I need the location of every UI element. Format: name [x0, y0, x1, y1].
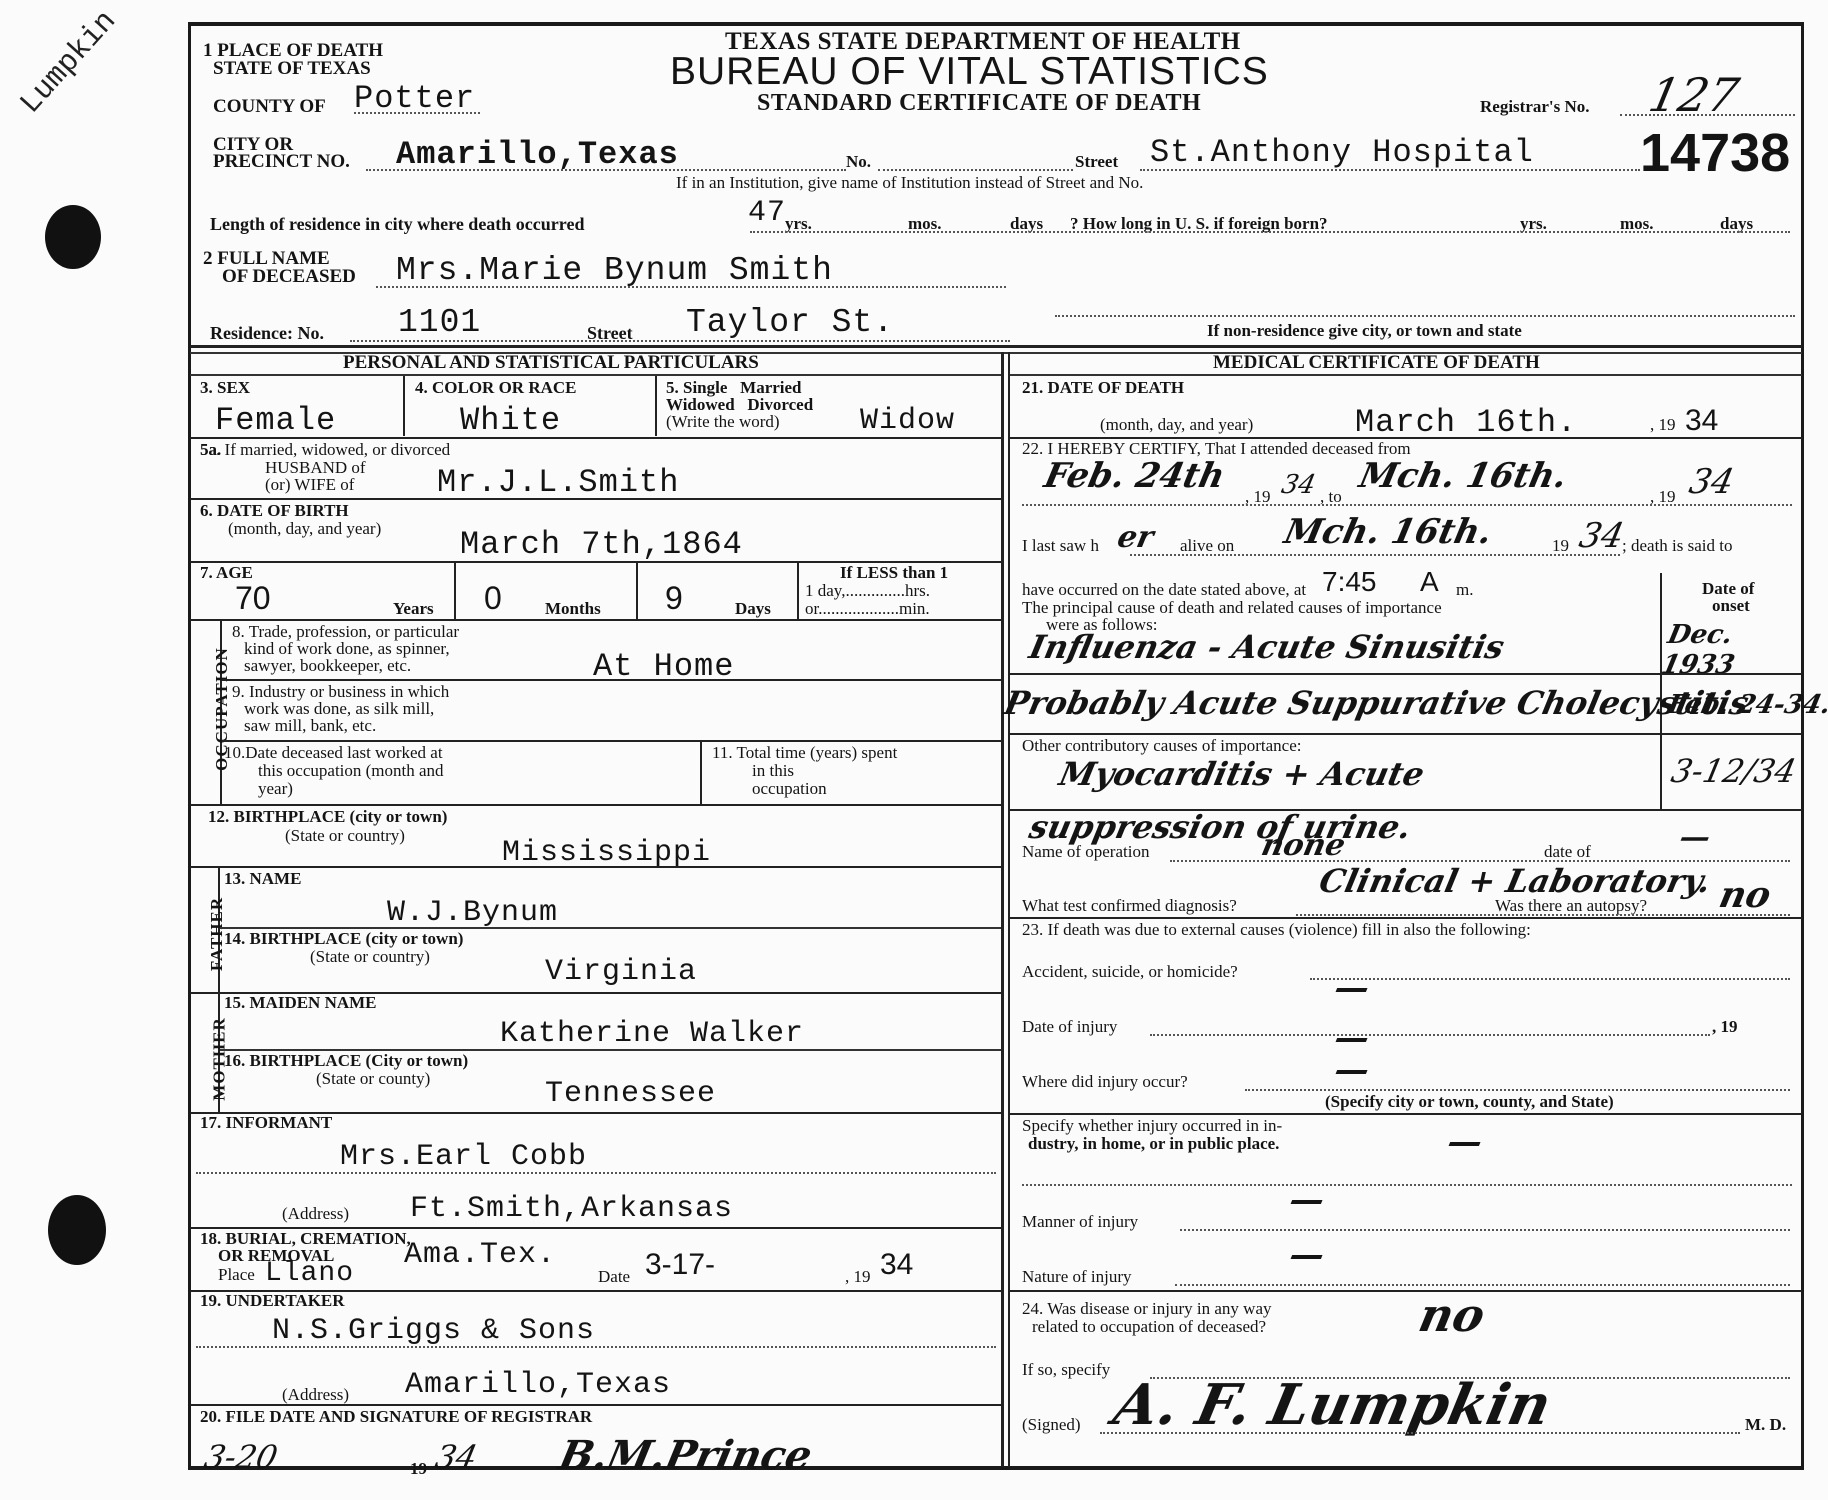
- certificate-number: 14738: [1640, 122, 1790, 184]
- undertaker-value: N.S.Griggs & Sons: [272, 1314, 595, 1348]
- less-day-label-2: 1 day,..............hrs.: [805, 582, 930, 600]
- cause-1-onset: Dec. 1933: [1659, 620, 1792, 680]
- years-label: Years: [393, 600, 434, 618]
- medical-section-title: MEDICAL CERTIFICATE OF DEATH: [1213, 354, 1540, 372]
- last-saw-date-value: Mch. 16th.: [1281, 512, 1496, 552]
- test-value: Clinical + Laboratory.: [1316, 862, 1714, 900]
- contributory-label: Other contributory causes of importance:: [1022, 737, 1301, 755]
- form-title: STANDARD CERTIFICATE OF DEATH: [757, 90, 1201, 117]
- age-divider-1: [454, 563, 456, 619]
- injury-date-dotted-line: [1150, 1034, 1710, 1036]
- injury-year-label: , 19: [1712, 1018, 1738, 1036]
- last-worked-label-3: year): [258, 780, 293, 798]
- manner-label: Manner of injury: [1022, 1213, 1138, 1231]
- last-worked-divider: [700, 742, 702, 804]
- state-label: STATE OF TEXAS: [213, 60, 371, 78]
- cause-2-value: Probably Acute Suppurative Cholecystitis: [1001, 684, 1752, 722]
- burial-year-prefix: , 19: [845, 1268, 871, 1286]
- file-date-value: 3-20: [201, 1438, 281, 1476]
- external-causes-label: 23. If death was due to external causes …: [1022, 921, 1531, 939]
- mother-bp-label-2: (State or county): [316, 1070, 430, 1088]
- residence-no-label: Residence: No.: [210, 324, 324, 342]
- file-year-prefix: 19: [410, 1460, 427, 1478]
- row-rule-23a: [1010, 1113, 1802, 1115]
- registrar-dotted-line: [1620, 114, 1795, 116]
- mother-name-value: Katherine Walker: [500, 1017, 804, 1051]
- occupation-related-label-2: related to occupation of deceased?: [1032, 1318, 1266, 1336]
- age-divider-3: [797, 563, 799, 619]
- dod-label: 21. DATE OF DEATH: [1022, 379, 1184, 397]
- father-name-label: 13. NAME: [224, 870, 301, 888]
- undertaker-dotted-line: [196, 1346, 996, 1348]
- alive-on-label: alive on: [1180, 537, 1234, 555]
- informant-value: Mrs.Earl Cobb: [340, 1140, 587, 1174]
- physician-signature: A. F. Lumpkin: [1108, 1372, 1557, 1438]
- injury-place-label-1: Specify whether injury occurred in in-: [1022, 1117, 1282, 1135]
- autopsy-label: Was there an autopsy?: [1495, 897, 1647, 915]
- birthplace-label-2: (State or country): [285, 827, 405, 845]
- burial-label-3: Place: [218, 1266, 255, 1284]
- file-year-value: 34: [432, 1438, 481, 1476]
- test-label: What test confirmed diagnosis?: [1022, 897, 1237, 915]
- specify-label: If so, specify: [1022, 1361, 1110, 1379]
- marital-value: Widow: [860, 404, 955, 438]
- test-dotted-line: [1296, 914, 1790, 916]
- months-label: Months: [545, 600, 601, 618]
- file-date-label: 20. FILE DATE AND SIGNATURE OF REGISTRAR: [200, 1408, 592, 1426]
- manner-dotted-line: [1180, 1229, 1790, 1231]
- time-value: 7:45: [1322, 566, 1377, 598]
- last-worked-label-1: 10.Date deceased last worked at: [224, 744, 443, 762]
- age-days-value: 9: [665, 580, 683, 617]
- burial-place-value-1: Ama.Tex.: [404, 1238, 556, 1272]
- last-saw-year-value: 34: [1576, 516, 1628, 556]
- injury-where-note: (Specify city or town, county, and State…: [1325, 1093, 1614, 1111]
- total-time-label-1: 11. Total time (years) spent: [712, 744, 897, 762]
- full-name-label-2: OF DECEASED: [222, 268, 356, 286]
- mother-birthplace-value: Tennessee: [545, 1077, 716, 1111]
- accident-label: Accident, suicide, or homicide?: [1022, 963, 1238, 981]
- birthplace-label-1: 12. BIRTHPLACE (city or town): [208, 808, 447, 826]
- spouse-label-3: (or) WIFE of: [265, 476, 354, 494]
- row-rule-12: [190, 866, 1001, 868]
- dod-value: March 16th.: [1355, 404, 1577, 441]
- cause-2-onset: Feb. 24-34.: [1665, 690, 1828, 720]
- injury-where-dotted-line: [1245, 1089, 1790, 1091]
- father-birthplace-value: Virginia: [545, 955, 697, 989]
- signed-dotted-line: [1100, 1432, 1740, 1434]
- dod-sub-label: (month, day, and year): [1100, 416, 1253, 434]
- father-bp-label-1: 14. BIRTHPLACE (city or town): [224, 930, 463, 948]
- last-worked-label-2: this occupation (month and: [258, 762, 444, 780]
- to-year-value: 34: [1686, 462, 1738, 502]
- no-dotted-line: [878, 169, 1073, 171]
- dod-year-value: 34: [1685, 404, 1718, 438]
- row-rule-19: [190, 1404, 1001, 1406]
- dob-value: March 7th,1864: [460, 526, 743, 563]
- no-label: No.: [846, 153, 871, 171]
- burial-date-value: 3-17-: [645, 1248, 715, 1282]
- last-saw-pronoun: er: [1114, 520, 1156, 555]
- street-dotted-line: [1140, 169, 1640, 171]
- last-saw-year-prefix: 19: [1552, 537, 1569, 555]
- row-rule-9: [222, 740, 1001, 742]
- row-rule-3: [190, 437, 1001, 439]
- age-divider-2: [636, 563, 638, 619]
- institution-value: St.Anthony Hospital: [1150, 134, 1534, 171]
- sex-value: Female: [215, 402, 336, 439]
- residence-line: [350, 340, 1010, 342]
- informant-address-value: Ft.Smith,Arkansas: [410, 1192, 733, 1226]
- street-label-top: Street: [1075, 153, 1118, 171]
- left-header-rule: [190, 374, 1001, 376]
- column-divider: [1001, 352, 1004, 1467]
- injury-where-label: Where did injury occur?: [1022, 1073, 1188, 1091]
- informant-address-label: (Address): [282, 1205, 349, 1223]
- trade-label-3: sawyer, bookkeeper, etc.: [244, 657, 411, 675]
- non-residence-line: [1055, 315, 1795, 317]
- death-said-label: ; death is said to: [1622, 537, 1732, 555]
- race-label: 4. COLOR OR RACE: [415, 379, 577, 397]
- residence-no-value: 1101: [398, 304, 481, 341]
- undertaker-address-label: (Address): [282, 1386, 349, 1404]
- undertaker-address-value: Amarillo,Texas: [405, 1368, 671, 1402]
- bureau-title: BUREAU OF VITAL STATISTICS: [670, 50, 1269, 94]
- contributory-2-value: suppression of urine.: [1026, 808, 1415, 846]
- residence-dotted-line: [750, 231, 1790, 233]
- non-residence-note: If non-residence give city, or town and …: [1207, 322, 1522, 340]
- attended-to-value: Mch. 16th.: [1356, 456, 1571, 496]
- less-day-label-3: or...................min.: [805, 600, 930, 618]
- occupation-related-label-1: 24. Was disease or injury in any way: [1022, 1300, 1272, 1318]
- mother-bp-label-1: 16. BIRTHPLACE (City or town): [224, 1052, 468, 1070]
- onset-label-2: onset: [1712, 597, 1750, 615]
- burial-place-value-2: Llano: [265, 1258, 354, 1289]
- attended-from-value: Feb. 24th: [1041, 456, 1229, 496]
- row-rule-11: [190, 804, 1001, 806]
- informant-label: 17. INFORMANT: [200, 1114, 332, 1132]
- attended-dotted-line: [1022, 504, 1792, 506]
- race-marital-divider: [655, 376, 657, 436]
- father-name-value: W.J.Bynum: [387, 896, 558, 930]
- residence-street-value: Taylor St.: [686, 304, 894, 341]
- occurred-label: have occurred on the date stated above, …: [1022, 581, 1306, 599]
- injury-place-label-2: dustry, in home, or in public place.: [1028, 1135, 1279, 1153]
- injury-place-dotted-line: [1022, 1184, 1792, 1186]
- residence-length-label: Length of residence in city where death …: [210, 215, 584, 233]
- race-value: White: [460, 402, 561, 439]
- md-label: M. D.: [1745, 1416, 1786, 1434]
- row-rule-22: [1010, 917, 1802, 919]
- registrar-label: Registrar's No.: [1480, 98, 1590, 116]
- signed-label: (Signed): [1022, 1416, 1081, 1434]
- institution-note: If in an Institution, give name of Insti…: [676, 174, 1143, 192]
- spouse-value: Mr.J.L.Smith: [437, 464, 679, 501]
- total-time-label-2: in this: [752, 762, 794, 780]
- mother-name-label: 15. MAIDEN NAME: [224, 994, 377, 1012]
- days-label-age: Days: [735, 600, 771, 618]
- row-rule-8: [222, 679, 1001, 681]
- sex-race-divider: [403, 376, 405, 436]
- accident-dotted-line: [1310, 978, 1790, 980]
- informant-dotted-line: [196, 1172, 996, 1174]
- age-years-value: 70: [235, 580, 271, 617]
- dob-label: 6. DATE OF BIRTH: [200, 502, 349, 520]
- section-divider-top: [190, 345, 1802, 348]
- county-dotted-line: [354, 112, 480, 114]
- cause-1-value: Influenza - Acute Sinusitis: [1026, 628, 1508, 666]
- age-months-value: 0: [484, 580, 502, 617]
- operation-date-label: date of: [1544, 843, 1591, 861]
- injury-date-label: Date of injury: [1022, 1018, 1117, 1036]
- city-dotted-line: [366, 169, 846, 171]
- father-bp-label-2: (State or country): [310, 948, 430, 966]
- undertaker-label: 19. UNDERTAKER: [200, 1292, 345, 1310]
- less-day-label-1: If LESS than 1: [840, 564, 948, 582]
- birthplace-value: Mississippi: [502, 836, 711, 870]
- city-label-2: PRECINCT NO.: [213, 153, 350, 171]
- total-time-label-3: occupation: [752, 780, 827, 798]
- dob-sub-label: (month, day, and year): [228, 520, 381, 538]
- burial-date-label: Date: [598, 1268, 630, 1286]
- nature-dotted-line: [1175, 1284, 1790, 1286]
- personal-section-title: PERSONAL AND STATISTICAL PARTICULARS: [343, 354, 759, 372]
- last-saw-dotted-line: [1130, 554, 1620, 556]
- file-name-annotation: Lumpkin: [14, 5, 124, 121]
- sex-label: 3. SEX: [200, 379, 250, 397]
- from-year-value: 34: [1279, 470, 1318, 500]
- spouse-label-text: 5a. If married, widowed, or divorced: [200, 441, 450, 459]
- full-name-value: Mrs.Marie Bynum Smith: [396, 252, 833, 289]
- meridiem-value: A: [1420, 566, 1439, 598]
- burial-year-value: 34: [880, 1248, 913, 1282]
- nature-label: Nature of injury: [1022, 1268, 1132, 1286]
- punch-hole-top-icon: [45, 205, 101, 269]
- column-divider-2: [1008, 352, 1010, 1467]
- last-saw-label: I last saw h: [1022, 537, 1099, 555]
- m-label: m.: [1456, 581, 1473, 599]
- punch-hole-bottom-icon: [48, 1195, 106, 1265]
- cause-1-rule: [1010, 673, 1802, 675]
- registrar-signature: B.M.Prince: [555, 1432, 816, 1479]
- occupation-related-value: no: [1414, 1288, 1490, 1342]
- county-label: COUNTY OF: [213, 98, 326, 116]
- operation-label: Name of operation: [1022, 843, 1149, 861]
- contributory-1-onset: 3-12/34: [1668, 752, 1799, 790]
- dod-year-prefix: , 19: [1650, 416, 1676, 434]
- autopsy-value: no: [1716, 874, 1775, 916]
- row-rule-23b: [1010, 1290, 1802, 1292]
- residence-years-value: 47: [748, 196, 786, 230]
- operation-value: none: [1258, 828, 1348, 863]
- city-value: Amarillo,Texas: [396, 136, 679, 173]
- row-rule-7: [190, 619, 1001, 621]
- contributory-1-value: Myocarditis + Acute: [1056, 755, 1428, 793]
- right-header-rule: [1010, 374, 1802, 376]
- industry-label-3: saw mill, bank, etc.: [244, 717, 376, 735]
- full-name-dotted-line: [376, 286, 1006, 288]
- row-rule-5a: [190, 498, 1001, 500]
- marital-label-3: (Write the word): [666, 413, 780, 431]
- cause-2-rule: [1010, 733, 1802, 735]
